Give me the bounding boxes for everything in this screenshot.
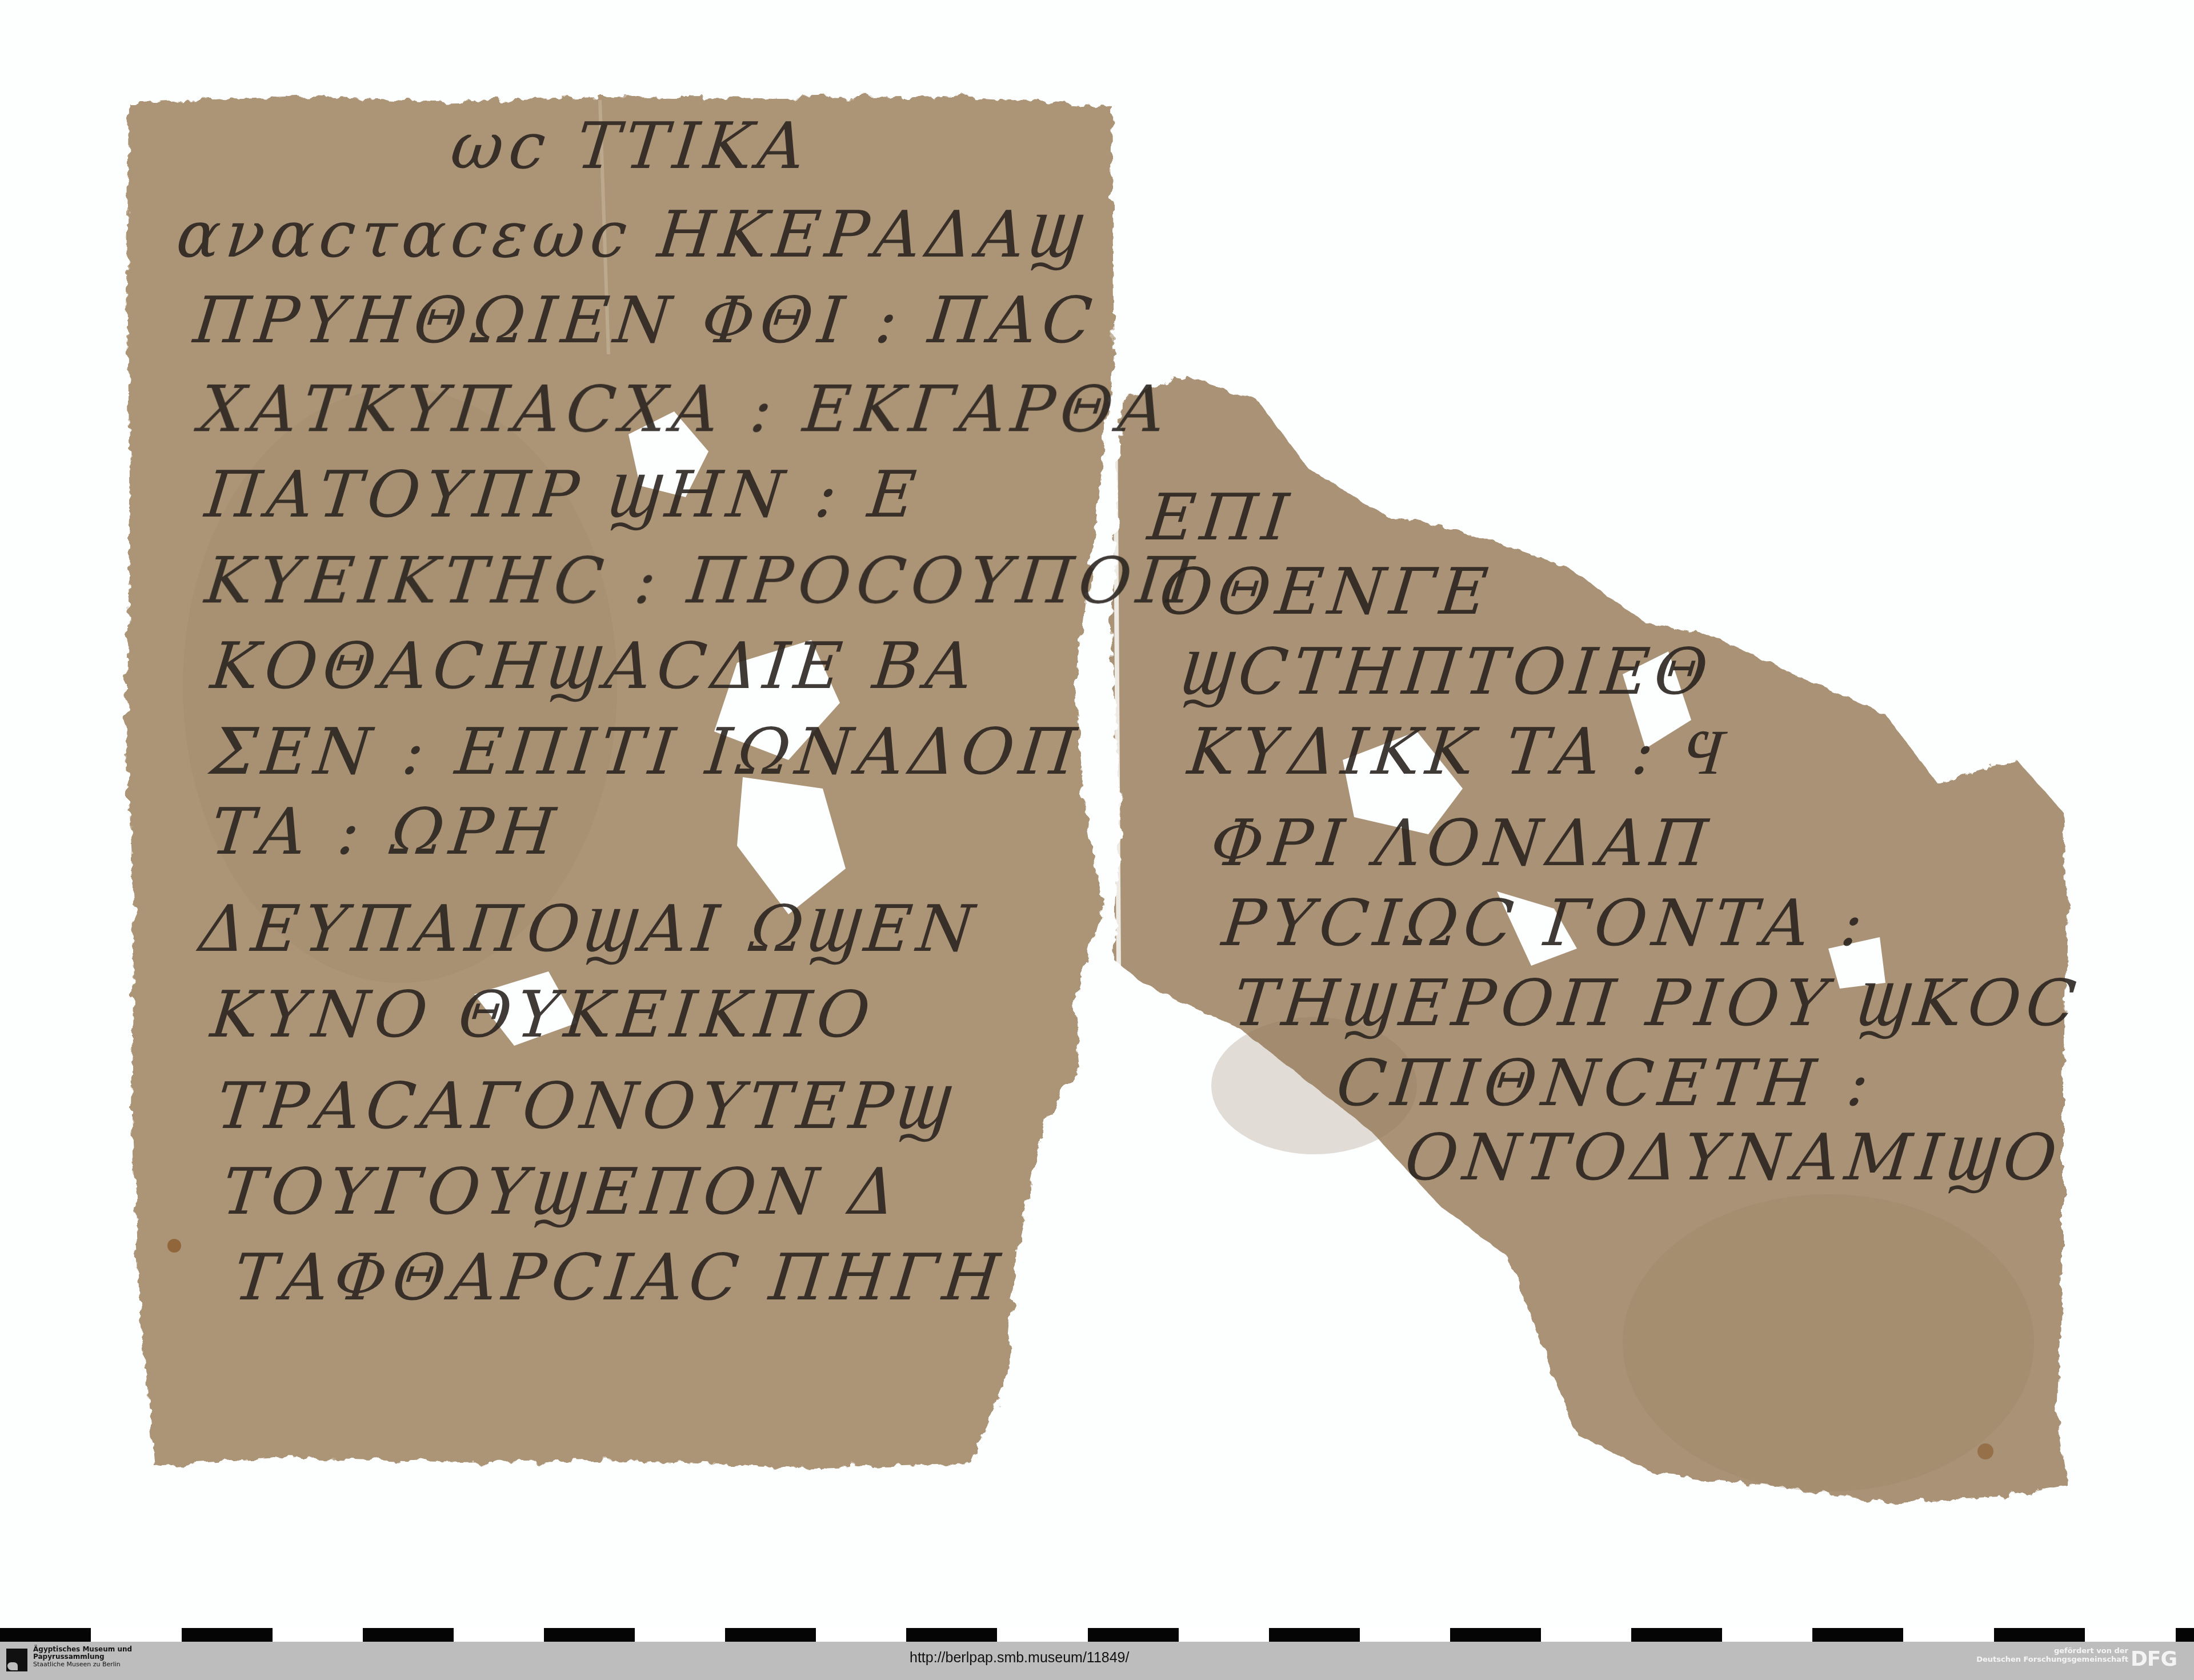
scale-block <box>1994 1628 2085 1642</box>
funding-credit: gefördert von der Deutschen Forschungsge… <box>1976 1647 2177 1664</box>
text-line: ϢϹΤΗΠΤΟΙΕΘ <box>1179 640 1716 704</box>
text-line: ΦΡΙ ΛΟΝΔΑΠ <box>1208 811 1716 875</box>
text-line: ΤΟΥΓΟΥϢΕΠΟΝ Δ <box>219 1160 904 1224</box>
text-line: ΧΑΤΚΥΠΑϹΧΑ : ΕΚΓΑΡΘΑ <box>197 377 1174 441</box>
text-line: ΔΕΥΠΑΠΟϢΑΙ ΩϢΕΝ <box>197 897 982 961</box>
text-line: ΣΕΝ : ΕΠΙΤΙ ΙΩΝΑΔΟΠ <box>208 720 1084 784</box>
institution-name-line1: Ägyptisches Museum und <box>33 1646 132 1653</box>
museum-eagle-logo-icon <box>6 1649 27 1671</box>
text-line: ωϲ ΤΤΙΚΑ <box>448 114 814 178</box>
institution-credit: Ägyptisches Museum und Papyrussammlung S… <box>33 1646 132 1668</box>
scale-block <box>182 1628 273 1642</box>
text-line: ΠΑΤΟΥΠΡ ϢΗΝ : Ε <box>202 463 924 527</box>
text-line: ΚΟΘΑϹΗϢΑϹΔΙΕ ΒΑ <box>208 634 981 698</box>
text-line: ΟΘΕΝΓΕ <box>1156 560 1496 624</box>
text-line: ΟΝΤΟΔΥΝΑΜΙϢΟ <box>1402 1126 2065 1190</box>
institution-name-line2: Papyrussammlung <box>33 1653 132 1661</box>
scale-block <box>1450 1628 1541 1642</box>
text-line: αναϲταϲεωϲ ΗΚΕΡΑΔΑϢ <box>174 203 1090 267</box>
left-fragment-text: ωϲ ΤΤΙΚΑ αναϲταϲεωϲ ΗΚΕΡΑΔΑϢ ΠΡΥΗΘΩΙΕΝ Φ… <box>177 114 1091 1371</box>
text-line: ΕΠΙ <box>1145 486 1296 550</box>
text-line: ΤΑ : ΩΡΗ <box>208 800 563 864</box>
permalink-url[interactable]: http://berlpap.smb.museum/11849/ <box>910 1650 1129 1666</box>
text-line: ΚΥΝΟ ΘΥΚΕΙΚΠΟ <box>208 983 878 1047</box>
scale-block <box>544 1628 635 1642</box>
dfg-logo-icon: DFG <box>2131 1647 2177 1671</box>
institution-parent: Staatliche Museen zu Berlin <box>33 1661 132 1668</box>
scale-bar <box>0 1628 2194 1642</box>
text-line: ΤΡΑϹΑΓΟΝΟΥΤΕΡϢ <box>214 1074 958 1138</box>
text-line: ΚΥΔΙΚΚ ΤΑ : Ϥ <box>1185 720 1732 784</box>
scale-block <box>1269 1628 1360 1642</box>
scale-block <box>2176 1628 2194 1642</box>
text-line: ΠΡΥΗΘΩΙΕΝ ΦΘΙ : ΠΑϹ <box>191 289 1100 353</box>
text-line: ϹΠΙΘΝϹΕΤΗ : <box>1334 1051 1877 1115</box>
scale-block <box>725 1628 816 1642</box>
footer-band: Ägyptisches Museum und Papyrussammlung S… <box>0 1642 2194 1680</box>
text-line: ΤΗϢΕΡΟΠ ΡΙΟΥ ϢΚΟϹ <box>1231 971 2084 1035</box>
scale-block <box>363 1628 454 1642</box>
scale-block <box>0 1628 91 1642</box>
scale-block <box>1631 1628 1722 1642</box>
image-canvas: ωϲ ΤΤΙΚΑ αναϲταϲεωϲ ΗΚΕΡΑΔΑϢ ΠΡΥΗΘΩΙΕΝ Φ… <box>0 0 2194 1628</box>
text-line: ΡΥϹΙΩϹ ΓΟΝΤΑ : <box>1219 891 1872 955</box>
scale-block <box>1088 1628 1179 1642</box>
scale-block <box>1812 1628 1903 1642</box>
text-line: ΚΥΕΙΚΤΗϹ : ΠΡΟϹΟΥΠΟΠ <box>202 549 1202 613</box>
text-line: ΤΑΦΘΑΡϹΙΑϹ ΠΗΓΗ <box>231 1246 1008 1310</box>
right-fragment-text: ΕΠΙ ΟΘΕΝΓΕ ϢϹΤΗΠΤΟΙΕΘ ΚΥΔΙΚΚ ΤΑ : Ϥ ΦΡΙ … <box>1148 486 2063 1286</box>
scale-block <box>906 1628 997 1642</box>
